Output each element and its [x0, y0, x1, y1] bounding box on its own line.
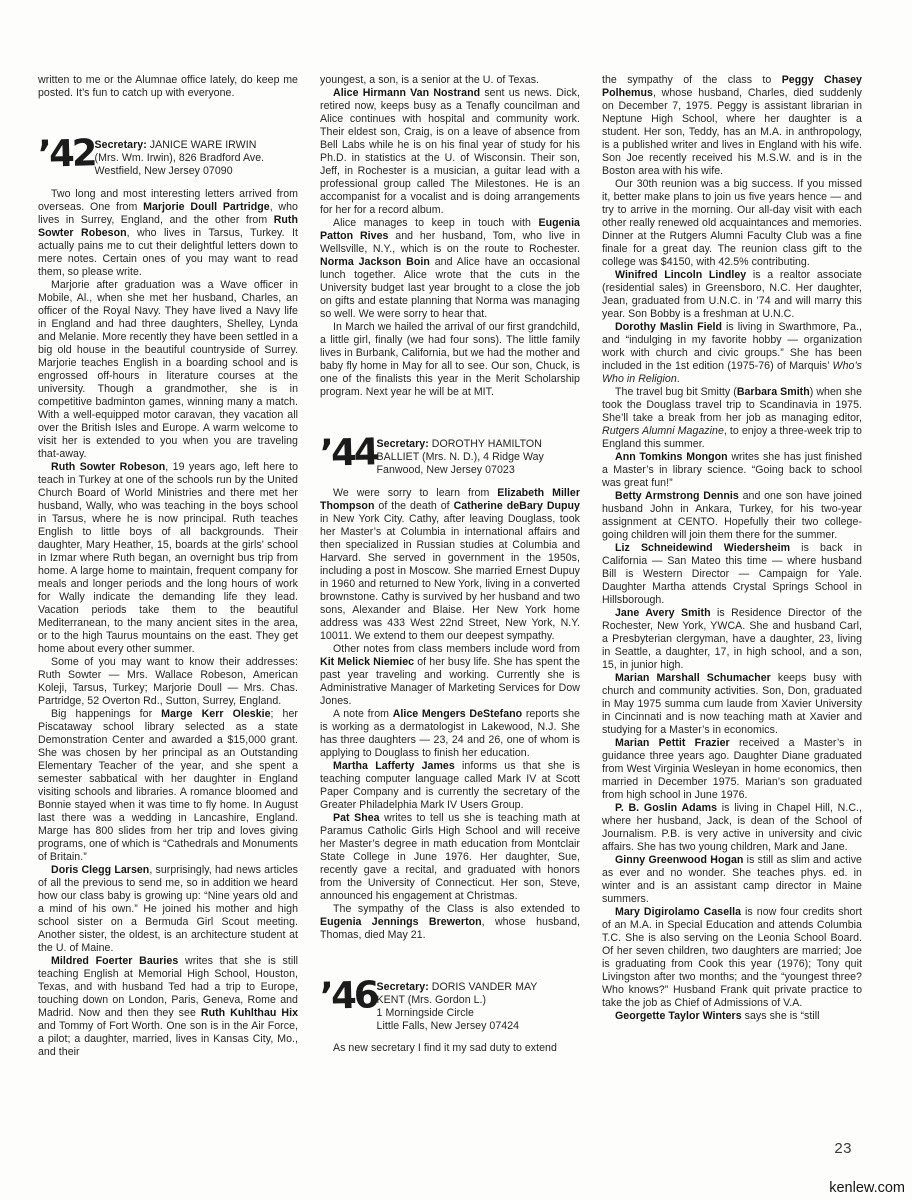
member-name: Kit Melick Niemiec — [320, 656, 414, 668]
member-name: Ruth Sowter Robeson — [51, 461, 165, 473]
text-run: 1 Morningside Circle — [377, 1007, 474, 1019]
secretary-info-line: Little Falls, New Jersey 07424 — [377, 1020, 538, 1033]
page-number: 23 — [834, 1140, 852, 1157]
paragraph: In March we hailed the arrival of our fi… — [320, 321, 580, 399]
secretary-info: Secretary: DORIS VANDER MAYKENT (Mrs. Go… — [377, 980, 538, 1034]
text-run: written to me or the Alumnae office late… — [38, 74, 298, 99]
text-run: Little Falls, New Jersey 07424 — [377, 1020, 520, 1032]
secretary-info-line: KENT (Mrs. Gordon L.) — [377, 994, 538, 1007]
member-name: Ann Tomkins Mongon — [615, 451, 728, 463]
paragraph: Winifred Lincoln Lindley is a realtor as… — [602, 269, 862, 321]
magazine-page: written to me or the Alumnae office late… — [0, 0, 912, 1200]
member-name: Doris Clegg Larsen — [51, 864, 149, 876]
member-name: Secretary: — [377, 438, 432, 450]
text-run: BALLIET (Mrs. N. D.), 4 Ridge Way — [377, 451, 544, 463]
paragraph: youngest, a son, is a senior at the U. o… — [320, 74, 580, 87]
text-run: Alice manages to keep in touch with — [333, 217, 539, 229]
text-run: . — [677, 373, 680, 385]
secretary-info-line: Secretary: DOROTHY HAMILTON — [377, 438, 544, 451]
text-run: The travel bug bit Smitty ( — [615, 386, 737, 398]
member-name: Martha Lafferty James — [333, 760, 455, 772]
text-run: the sympathy of the class to — [602, 74, 782, 86]
text-run: Fanwood, New Jersey 07023 — [377, 464, 515, 476]
paragraph: Two long and most interesting letters ar… — [38, 188, 298, 279]
paragraph: Mildred Foerter Bauries writes that she … — [38, 955, 298, 1059]
member-name: Jane Avery Smith — [615, 607, 711, 619]
member-name: Catherine deBary Dupuy — [454, 500, 580, 512]
paragraph: Ginny Greenwood Hogan is still as slim a… — [602, 854, 862, 906]
paragraph: We were sorry to learn from Elizabeth Mi… — [320, 487, 580, 643]
paragraph: Jane Avery Smith is Residence Director o… — [602, 607, 862, 672]
paragraph: Alice Hirmann Van Nostrand sent us news.… — [320, 87, 580, 217]
paragraph: Other notes from class members include w… — [320, 643, 580, 708]
member-name: P. B. Goslin Adams — [615, 802, 717, 814]
class-year-section-header: ’46Secretary: DORIS VANDER MAYKENT (Mrs.… — [320, 980, 580, 1034]
member-name: Alice Mengers DeStefano — [393, 708, 522, 720]
class-year-section-header: ’42Secretary: JANICE WARE IRWIN(Mrs. Wm.… — [38, 138, 298, 179]
text-run: is now four credits short of an M.A. in … — [602, 906, 862, 1009]
text-run: JANICE WARE IRWIN — [150, 139, 257, 151]
paragraph: Marian Marshall Schumacher keeps busy wi… — [602, 672, 862, 737]
paragraph: Mary Digirolamo Casella is now four cred… — [602, 906, 862, 1010]
class-notes-content: written to me or the Alumnae office late… — [38, 74, 862, 1059]
text-run: A note from — [333, 708, 393, 720]
member-name: Marjorie Doull Partridge — [143, 201, 270, 213]
column-1: written to me or the Alumnae office late… — [38, 74, 298, 1059]
member-name: Barbara Smith — [737, 386, 810, 398]
text-run: Big happenings for — [51, 708, 161, 720]
paragraph: Marjorie after graduation was a Wave off… — [38, 279, 298, 461]
paragraph: Big happenings for Marge Kerr Oleskie; h… — [38, 708, 298, 864]
class-year-label: ’46 — [320, 979, 377, 1012]
secretary-info: Secretary: JANICE WARE IRWIN(Mrs. Wm. Ir… — [95, 138, 265, 179]
paragraph: Pat Shea writes to tell us she is teachi… — [320, 812, 580, 903]
text-run: Marjorie after graduation was a Wave off… — [38, 279, 298, 460]
member-name: Winifred Lincoln Lindley — [615, 269, 746, 281]
paragraph: The sympathy of the Class is also extend… — [320, 903, 580, 942]
member-name: Secretary: — [95, 139, 150, 151]
column-3: the sympathy of the class to Peggy Chase… — [602, 74, 862, 1059]
paragraph: Marian Pettit Frazier received a Master’… — [602, 737, 862, 802]
text-run: The sympathy of the Class is also extend… — [333, 903, 580, 915]
secretary-info-line: Secretary: JANICE WARE IRWIN — [95, 139, 265, 152]
member-name: Liz Schneidewind Wiedersheim — [615, 542, 790, 554]
text-run: and Tommy of Fort Worth. One son is in t… — [38, 1020, 298, 1058]
member-name: Dorothy Maslin Field — [615, 321, 722, 333]
paragraph: P. B. Goslin Adams is living in Chapel H… — [602, 802, 862, 854]
text-run: Our 30th reunion was a big success. If y… — [602, 178, 862, 268]
text-run: We were sorry to learn from — [333, 487, 497, 499]
paragraph: As new secretary I find it my sad duty t… — [320, 1042, 580, 1055]
watermark: kenlew.com — [829, 1180, 905, 1196]
member-name: Norma Jackson Boin — [320, 256, 430, 268]
text-run: Some of you may want to know their addre… — [38, 656, 298, 707]
paragraph: Ann Tomkins Mongon writes she has just f… — [602, 451, 862, 490]
publication-title: Rutgers Alumni Magazine — [602, 425, 724, 437]
paragraph: the sympathy of the class to Peggy Chase… — [602, 74, 862, 178]
member-name: Georgette Taylor Winters — [615, 1010, 742, 1022]
paragraph: A note from Alice Mengers DeStefano repo… — [320, 708, 580, 760]
secretary-info-line: Secretary: DORIS VANDER MAY — [377, 981, 538, 994]
paragraph: Betty Armstrong Dennis and one son have … — [602, 490, 862, 542]
paragraph: Ruth Sowter Robeson, 19 years ago, left … — [38, 461, 298, 656]
paragraph: Doris Clegg Larsen, surprisingly, had ne… — [38, 864, 298, 955]
secretary-info-line: 1 Morningside Circle — [377, 1007, 538, 1020]
member-name: Secretary: — [377, 981, 432, 993]
member-name: Pat Shea — [333, 812, 380, 824]
paragraph: Georgette Taylor Winters says she is “st… — [602, 1010, 862, 1023]
text-run: , surprisingly, had news articles of all… — [38, 864, 298, 954]
member-name: Ginny Greenwood Hogan — [615, 854, 743, 866]
text-run: , whose husband, Charles, died suddenly … — [602, 87, 862, 177]
secretary-info-line: Westfield, New Jersey 07090 — [95, 165, 265, 178]
text-run: sent us news. Dick, retired now, keeps b… — [320, 87, 580, 216]
text-run: , 19 years ago, left here to teach in Tu… — [38, 461, 298, 655]
text-run: In March we hailed the arrival of our fi… — [320, 321, 580, 398]
member-name: Eugenia Jennings Brewerton — [320, 916, 482, 928]
text-run: of the death of — [374, 500, 453, 512]
paragraph: Some of you may want to know their addre… — [38, 656, 298, 708]
member-name: Alice Hirmann Van Nostrand — [333, 87, 480, 99]
member-name: Marian Pettit Frazier — [615, 737, 730, 749]
member-name: Ruth Kuhlthau Hix — [201, 1007, 298, 1019]
text-run: ; her Piscataway school library selected… — [38, 708, 298, 863]
text-run: (Mrs. Wm. Irwin), 826 Bradford Ave. — [95, 152, 265, 164]
paragraph: Our 30th reunion was a big success. If y… — [602, 178, 862, 269]
column-2: youngest, a son, is a senior at the U. o… — [320, 74, 580, 1059]
text-run: DORIS VANDER MAY — [432, 981, 538, 993]
text-run: Westfield, New Jersey 07090 — [95, 165, 233, 177]
member-name: Mildred Foerter Bauries — [51, 955, 178, 967]
text-run: As new secretary I find it my sad duty t… — [333, 1042, 557, 1054]
text-run: in New York City. Cathy, after leaving D… — [320, 513, 580, 642]
secretary-info-line: BALLIET (Mrs. N. D.), 4 Ridge Way — [377, 451, 544, 464]
member-name: Marian Marshall Schumacher — [615, 672, 771, 684]
text-run: says she is “still — [742, 1010, 820, 1022]
paragraph: Dorothy Maslin Field is living in Swarth… — [602, 321, 862, 386]
secretary-info: Secretary: DOROTHY HAMILTONBALLIET (Mrs.… — [377, 437, 544, 478]
text-run: DOROTHY HAMILTON — [432, 438, 542, 450]
text-run: KENT (Mrs. Gordon L.) — [377, 994, 487, 1006]
member-name: Mary Digirolamo Casella — [615, 906, 741, 918]
paragraph: The travel bug bit Smitty (Barbara Smith… — [602, 386, 862, 451]
text-run: youngest, a son, is a senior at the U. o… — [320, 74, 539, 86]
secretary-info-line: Fanwood, New Jersey 07023 — [377, 464, 544, 477]
member-name: Marge Kerr Oleskie — [161, 708, 270, 720]
member-name: Betty Armstrong Dennis — [615, 490, 739, 502]
secretary-info-line: (Mrs. Wm. Irwin), 826 Bradford Ave. — [95, 152, 265, 165]
paragraph: Liz Schneidewind Wiedersheim is back in … — [602, 542, 862, 607]
class-year-label: ’44 — [320, 436, 377, 469]
class-year-section-header: ’44Secretary: DOROTHY HAMILTONBALLIET (M… — [320, 437, 580, 478]
text-run: writes to tell us she is teaching math a… — [320, 812, 580, 902]
paragraph: Martha Lafferty James informs us that sh… — [320, 760, 580, 812]
paragraph: written to me or the Alumnae office late… — [38, 74, 298, 100]
class-year-label: ’42 — [38, 137, 95, 170]
text-run: Other notes from class members include w… — [333, 643, 580, 655]
paragraph: Alice manages to keep in touch with Euge… — [320, 217, 580, 321]
